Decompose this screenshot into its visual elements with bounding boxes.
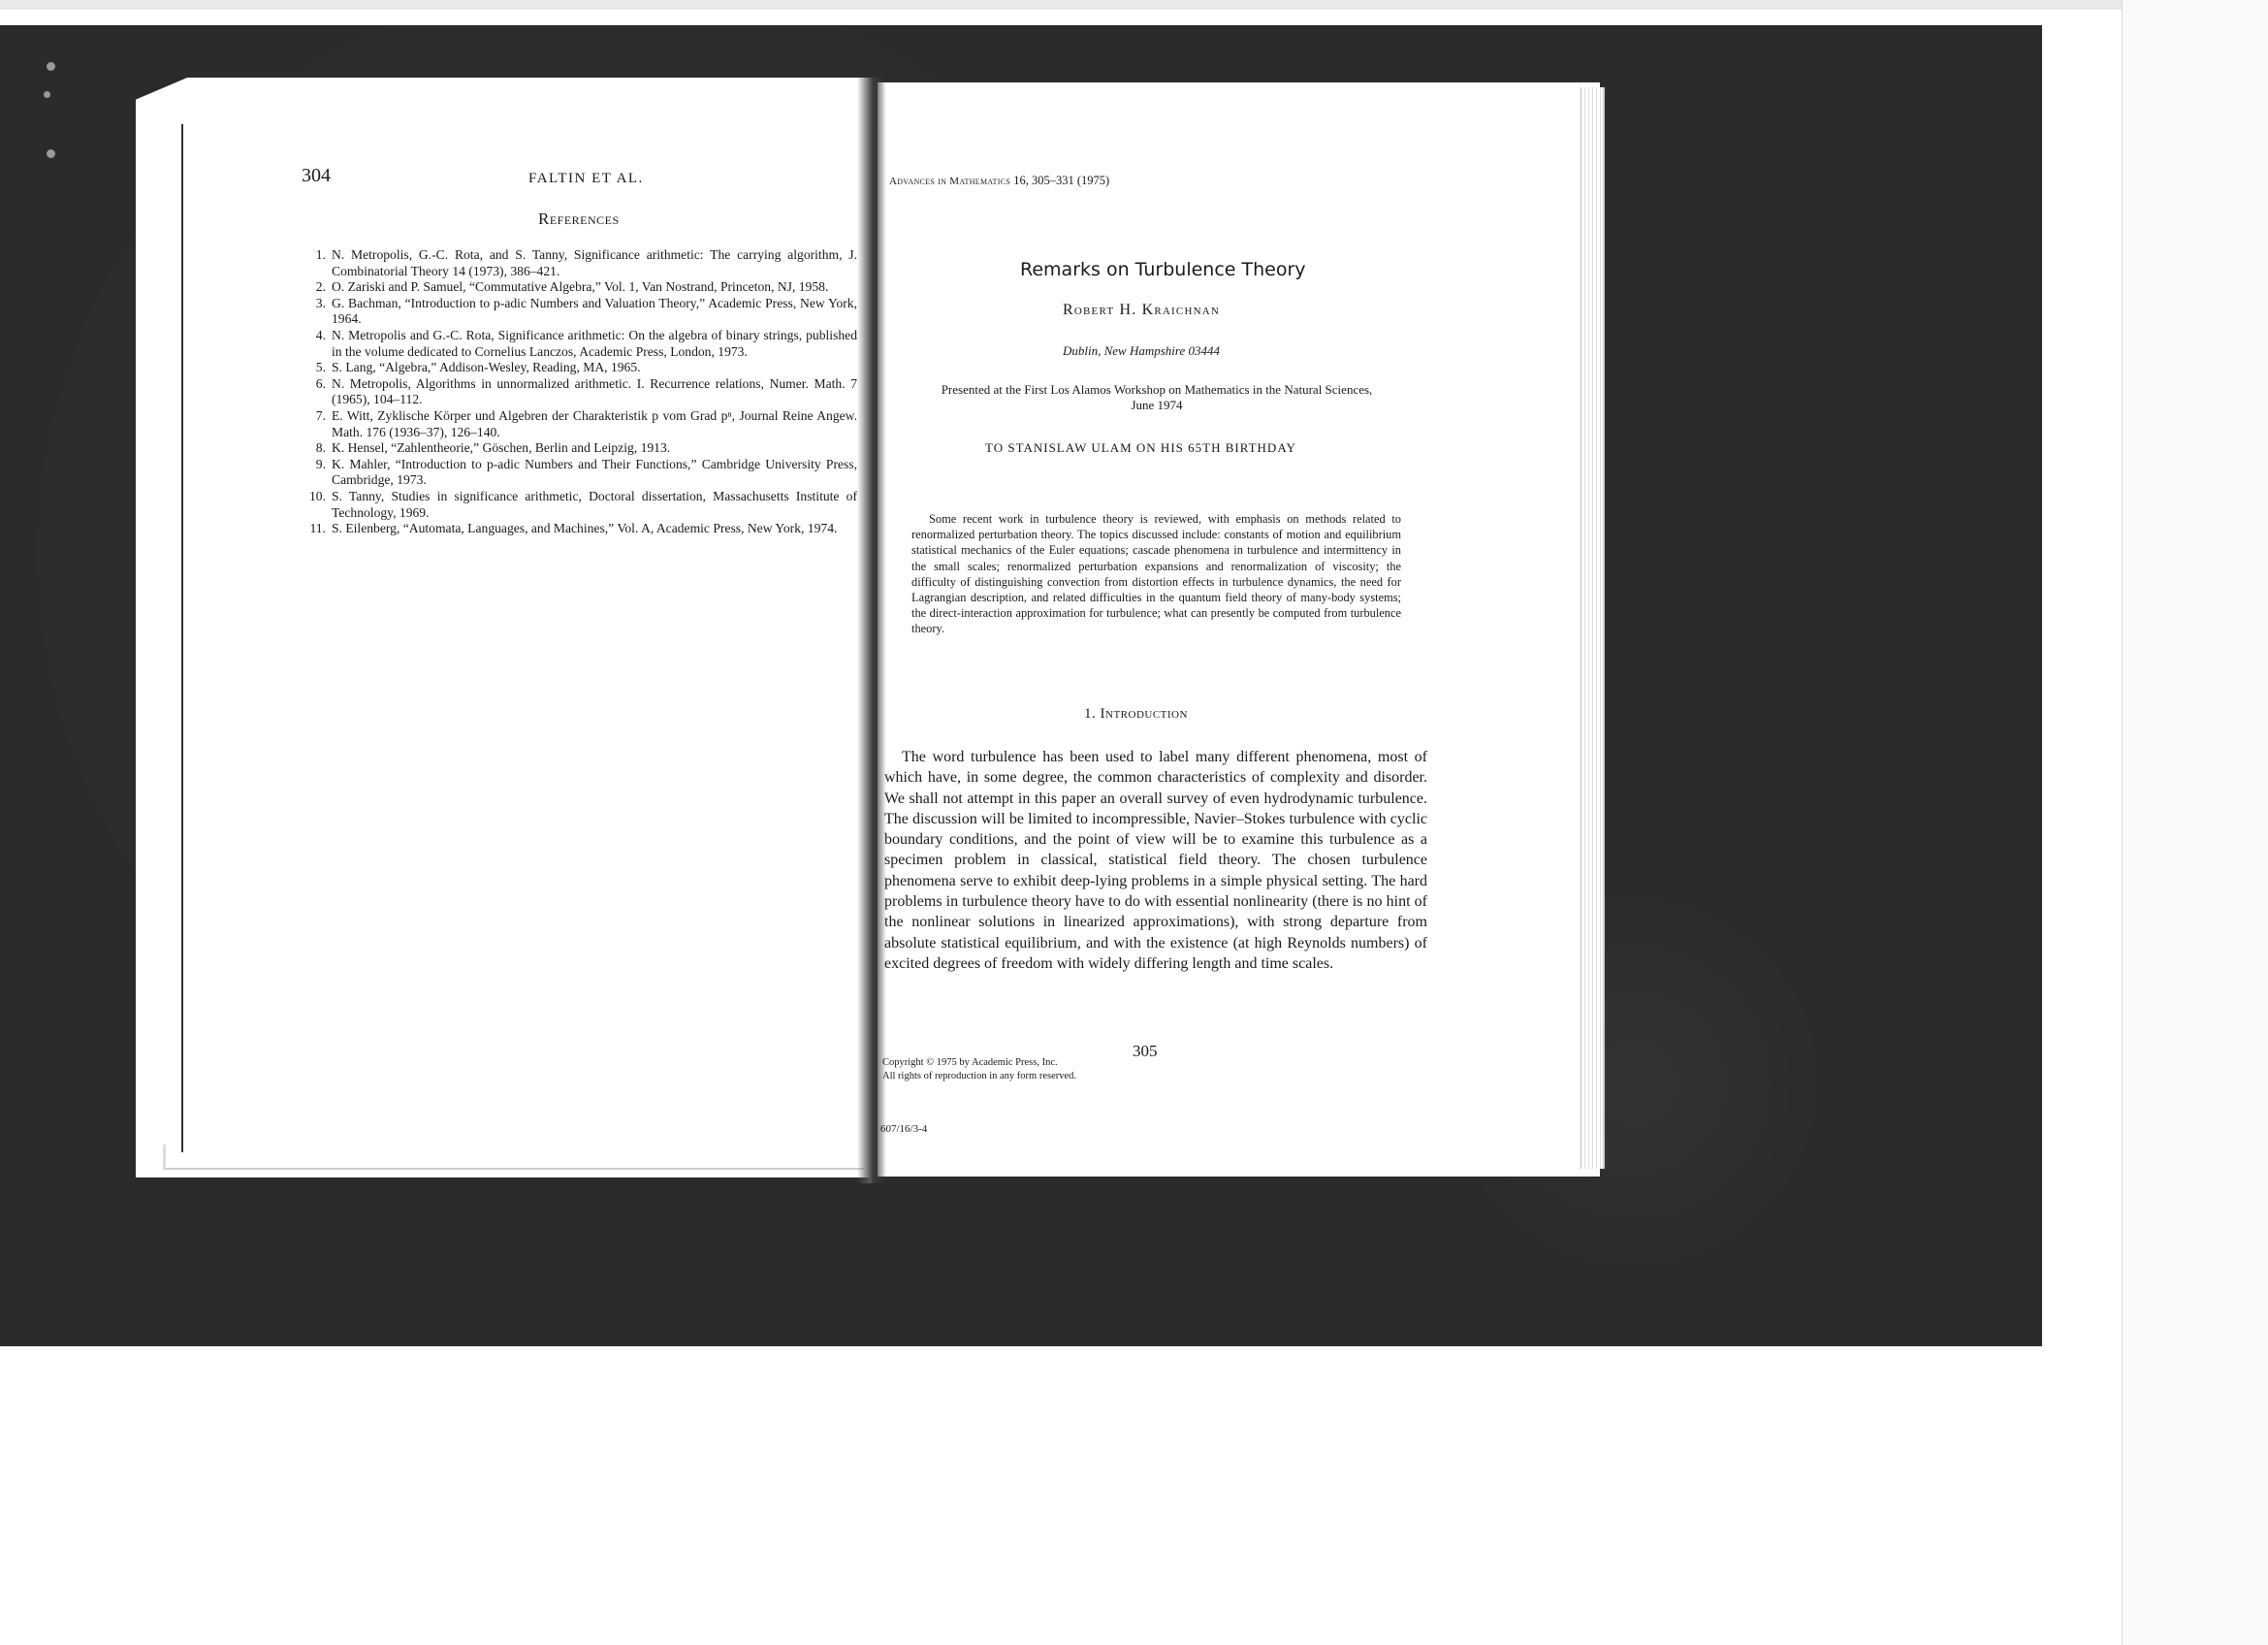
right-page-number: 305 <box>1133 1042 1158 1061</box>
journal-citation: Advances in Mathematics 16, 305–331 (197… <box>889 174 1109 188</box>
right-page-edges <box>1581 87 1605 1169</box>
reference-text: G. Bachman, “Introduction to p-adic Numb… <box>332 296 857 328</box>
print-code: 607/16/3-4 <box>880 1123 927 1135</box>
reference-number: 3. <box>303 296 332 328</box>
left-page-number: 304 <box>302 165 331 187</box>
reference-text: N. Metropolis and G.-C. Rota, Significan… <box>332 328 857 360</box>
reference-text: S. Eilenberg, “Automata, Languages, and … <box>332 521 857 537</box>
references-heading: References <box>538 210 620 229</box>
reference-text: N. Metropolis, G.-C. Rota, and S. Tanny,… <box>332 247 857 279</box>
reference-text: K. Hensel, “Zahlentheorie,” Göschen, Ber… <box>332 440 857 457</box>
dust-speck <box>47 149 55 158</box>
reference-text: E. Witt, Zyklische Körper und Algebren d… <box>332 408 857 440</box>
reference-text: O. Zariski and P. Samuel, “Commutative A… <box>332 279 857 296</box>
copyright-line: Copyright © 1975 by Academic Press, Inc. <box>882 1056 1076 1070</box>
presented-note: Presented at the First Los Alamos Worksh… <box>939 382 1375 413</box>
reference-number: 8. <box>303 440 332 457</box>
section-heading: 1. Introduction <box>1084 706 1188 723</box>
reference-number: 2. <box>303 279 332 296</box>
reference-number: 6. <box>303 376 332 408</box>
reference-item: 5.S. Lang, “Algebra,” Addison-Wesley, Re… <box>303 360 857 376</box>
scan-top-strip <box>0 0 2268 10</box>
book-gutter-shadow <box>857 78 886 1183</box>
reference-number: 10. <box>303 489 332 521</box>
copyright-notice: Copyright © 1975 by Academic Press, Inc.… <box>882 1056 1076 1083</box>
reference-item: 4.N. Metropolis and G.-C. Rota, Signific… <box>303 328 857 360</box>
reference-text: S. Lang, “Algebra,” Addison-Wesley, Read… <box>332 360 857 376</box>
journal-volume-pages: 16, 305–331 (1975) <box>1013 174 1109 187</box>
left-margin-rule <box>181 124 183 1152</box>
reference-item: 3.G. Bachman, “Introduction to p-adic Nu… <box>303 296 857 328</box>
abstract: Some recent work in turbulence theory is… <box>911 511 1401 637</box>
journal-name: Advances in Mathematics <box>889 176 1010 187</box>
article-author: Robert H. Kraichnan <box>1063 302 1220 319</box>
author-affiliation: Dublin, New Hampshire 03444 <box>1063 343 1220 359</box>
left-running-head: FALTIN ET AL. <box>528 171 644 187</box>
reference-number: 4. <box>303 328 332 360</box>
left-page-edges <box>163 1145 864 1170</box>
reference-number: 11. <box>303 521 332 537</box>
reference-item: 9.K. Mahler, “Introduction to p-adic Num… <box>303 457 857 489</box>
introduction-body: The word turbulence has been used to lab… <box>884 747 1427 974</box>
rights-line: All rights of reproduction in any form r… <box>882 1070 1076 1083</box>
scan-right-margin <box>2122 0 2268 1645</box>
reference-item: 11.S. Eilenberg, “Automata, Languages, a… <box>303 521 857 537</box>
reference-item: 2.O. Zariski and P. Samuel, “Commutative… <box>303 279 857 296</box>
reference-number: 7. <box>303 408 332 440</box>
article-title: Remarks on Turbulence Theory <box>1020 259 1306 280</box>
reference-number: 9. <box>303 457 332 489</box>
reference-number: 1. <box>303 247 332 279</box>
references-list: 1.N. Metropolis, G.-C. Rota, and S. Tann… <box>303 247 857 537</box>
reference-text: K. Mahler, “Introduction to p-adic Numbe… <box>332 457 857 489</box>
dedication: TO STANISLAW ULAM ON HIS 65TH BIRTHDAY <box>985 440 1296 456</box>
dust-speck <box>47 62 55 71</box>
reference-item: 7.E. Witt, Zyklische Körper und Algebren… <box>303 408 857 440</box>
reference-number: 5. <box>303 360 332 376</box>
dust-speck <box>44 91 50 98</box>
reference-item: 6.N. Metropolis, Algorithms in unnormali… <box>303 376 857 408</box>
reference-item: 1.N. Metropolis, G.-C. Rota, and S. Tann… <box>303 247 857 279</box>
reference-item: 10.S. Tanny, Studies in significance ari… <box>303 489 857 521</box>
reference-item: 8.K. Hensel, “Zahlentheorie,” Göschen, B… <box>303 440 857 457</box>
left-page <box>136 78 873 1177</box>
reference-text: S. Tanny, Studies in significance arithm… <box>332 489 857 521</box>
reference-text: N. Metropolis, Algorithms in unnormalize… <box>332 376 857 408</box>
